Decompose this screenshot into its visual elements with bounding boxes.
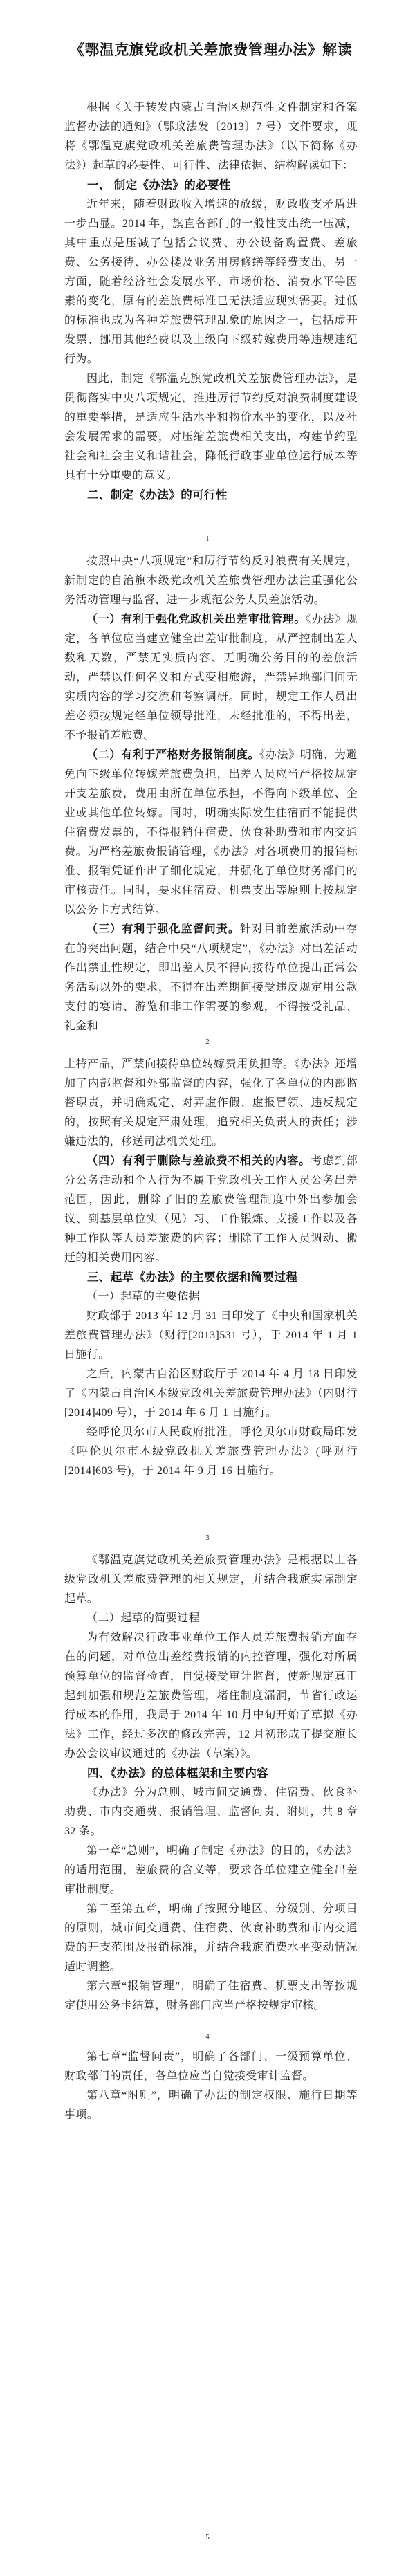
paragraph: 《办法》分为总则、城市间交通费、住宿费、伙食补助费、市内交通费、报销管理、监督问… bbox=[64, 1783, 358, 1841]
section-heading: 一、 制定《办法》的必要性 bbox=[64, 176, 358, 195]
sub-heading: （二）起草的简要过程 bbox=[64, 1609, 358, 1628]
paragraph: 第八章“附则”，明确了办法的制定权限、施行日期等事项。 bbox=[64, 2086, 358, 2125]
paragraph: 经呼伦贝尔市人民政府批准，呼伦贝尔市财政局印发《呼伦贝尔市本级党政机关差旅费管理… bbox=[64, 1423, 358, 1481]
page-number: 4 bbox=[0, 2032, 415, 2041]
page-content: 第七章“监督问责”，明确了各部门、一级预算单位、财政部门的责任，各单位应当自觉接… bbox=[64, 2048, 358, 2125]
page-number: 3 bbox=[0, 1534, 415, 1542]
paragraph: 为有效解决行政事业单位工作人员差旅费报销方面存在的问题，对单位出差经费报销的内控… bbox=[64, 1628, 358, 1764]
paragraph-continued: 土特产品，严禁向接待单位转嫁费用负担等。《办法》还增加了内部监督和外部监督的内容… bbox=[64, 1055, 358, 1152]
paragraph-lead: （三）有利于强化监督问责。 bbox=[86, 923, 240, 935]
paragraph-lead: （一）有利于强化党政机关出差审批管理。 bbox=[86, 614, 306, 625]
paragraph: （三）有利于强化监督问责。针对目前差旅活动中存在的突出问题，结合中央“八项规定”… bbox=[64, 920, 358, 1036]
paragraph-lead: （四）有利于删除与差旅费不相关的内容。 bbox=[86, 1155, 311, 1167]
page-number: 2 bbox=[0, 1038, 415, 1046]
paragraph: 按照中央“八项规定”和厉行节约反对浪费有关规定，新制定的自治旗本级党政机关差旅费… bbox=[64, 552, 358, 610]
section-heading: 三、起草《办法》的主要依据和简要过程 bbox=[64, 1268, 358, 1287]
paragraph: 之后，内蒙古自治区财政厅于 2014 年 4 月 18 日印发了《内蒙古自治区本… bbox=[64, 1365, 358, 1423]
page-4: 《鄂温克旗党政机关差旅费管理办法》是根据以上各级党政机关差旅费管理的相关规定，并… bbox=[0, 1545, 415, 2042]
paragraph: 《鄂温克旗党政机关差旅费管理办法》是根据以上各级党政机关差旅费管理的相关规定，并… bbox=[64, 1551, 358, 1609]
document-title: 《鄂温克旗党政机关差旅费管理办法》解读 bbox=[64, 35, 358, 65]
page-content: 《鄂温克旗党政机关差旅费管理办法》解读根据《关于转发内蒙古自治区规范性文件制定和… bbox=[64, 35, 358, 505]
paragraph: 财政部于 2013 年 12 月 31 日印发了《中央和国家机关差旅费管理办法》… bbox=[64, 1307, 358, 1365]
paragraph: （四）有利于删除与差旅费不相关的内容。考虑到部分公务活动和个人行为不属于党政机关… bbox=[64, 1152, 358, 1268]
paragraph: 根据《关于转发内蒙古自治区规范性文件制定和备案监督办法的通知》（鄂政法发〔201… bbox=[64, 98, 358, 176]
page-2: 按照中央“八项规定”和厉行节约反对浪费有关规定，新制定的自治旗本级党政机关差旅费… bbox=[0, 546, 415, 1049]
sub-heading: （一）起草的主要依据 bbox=[64, 1287, 358, 1307]
paragraph: （二）有利于严格财务报销制度。《办法》明确、为避免向下级单位转嫁差旅费负担，出差… bbox=[64, 746, 358, 920]
page-number: 5 bbox=[0, 2533, 415, 2541]
paragraph: 第六章“报销管理”，明确了住宿费、机票支出等按规定使用公务卡结算，财务部门应当严… bbox=[64, 1977, 358, 2016]
page-content: 按照中央“八项规定”和厉行节约反对浪费有关规定，新制定的自治旗本级党政机关差旅费… bbox=[64, 552, 358, 1036]
paragraph: 第一章“总则”，明确了制定《办法》的目的，《办法》的适用范围，差旅费的含义等，要… bbox=[64, 1841, 358, 1899]
paragraph: 因此，制定《鄂温克旗党政机关差旅费管理办法》，是贯彻落实中央八项规定，推进厉行节… bbox=[64, 369, 358, 486]
paragraph: 第七章“监督问责”，明确了各部门、一级预算单位、财政部门的责任，各单位应当自觉接… bbox=[64, 2048, 358, 2086]
page-content: 《鄂温克旗党政机关差旅费管理办法》是根据以上各级党政机关差旅费管理的相关规定，并… bbox=[64, 1551, 358, 2016]
page-content: 土特产品，严禁向接待单位转嫁费用负担等。《办法》还增加了内部监督和外部监督的内容… bbox=[64, 1055, 358, 1481]
paragraph: 第二至第五章，明确了按照分地区、分级别、分项目的原则，城市间交通费、住宿费、伙食… bbox=[64, 1899, 358, 1977]
paragraph-lead: （二）有利于严格财务报销制度。 bbox=[86, 749, 259, 761]
page-3: 土特产品，严禁向接待单位转嫁费用负担等。《办法》还增加了内部监督和外部监督的内容… bbox=[0, 1049, 415, 1545]
page-1: 《鄂温克旗党政机关差旅费管理办法》解读根据《关于转发内蒙古自治区规范性文件制定和… bbox=[0, 0, 415, 546]
page-5: 第七章“监督问责”，明确了各部门、一级预算单位、财政部门的责任，各单位应当自觉接… bbox=[0, 2042, 415, 2576]
section-heading: 二、制定《办法》的可行性 bbox=[64, 486, 358, 505]
section-heading: 四、《办法》的总体框架和主要内容 bbox=[64, 1764, 358, 1783]
page-number: 1 bbox=[0, 535, 415, 543]
paragraph: 近年来，随着财政收入增速的放缓，财政收支矛盾进一步凸显。2014 年，旗直各部门… bbox=[64, 195, 358, 369]
document: 《鄂温克旗党政机关差旅费管理办法》解读根据《关于转发内蒙古自治区规范性文件制定和… bbox=[0, 0, 415, 2576]
paragraph: （一）有利于强化党政机关出差审批管理。《办法》规定，各单位应当建立健全出差审批制… bbox=[64, 610, 358, 746]
